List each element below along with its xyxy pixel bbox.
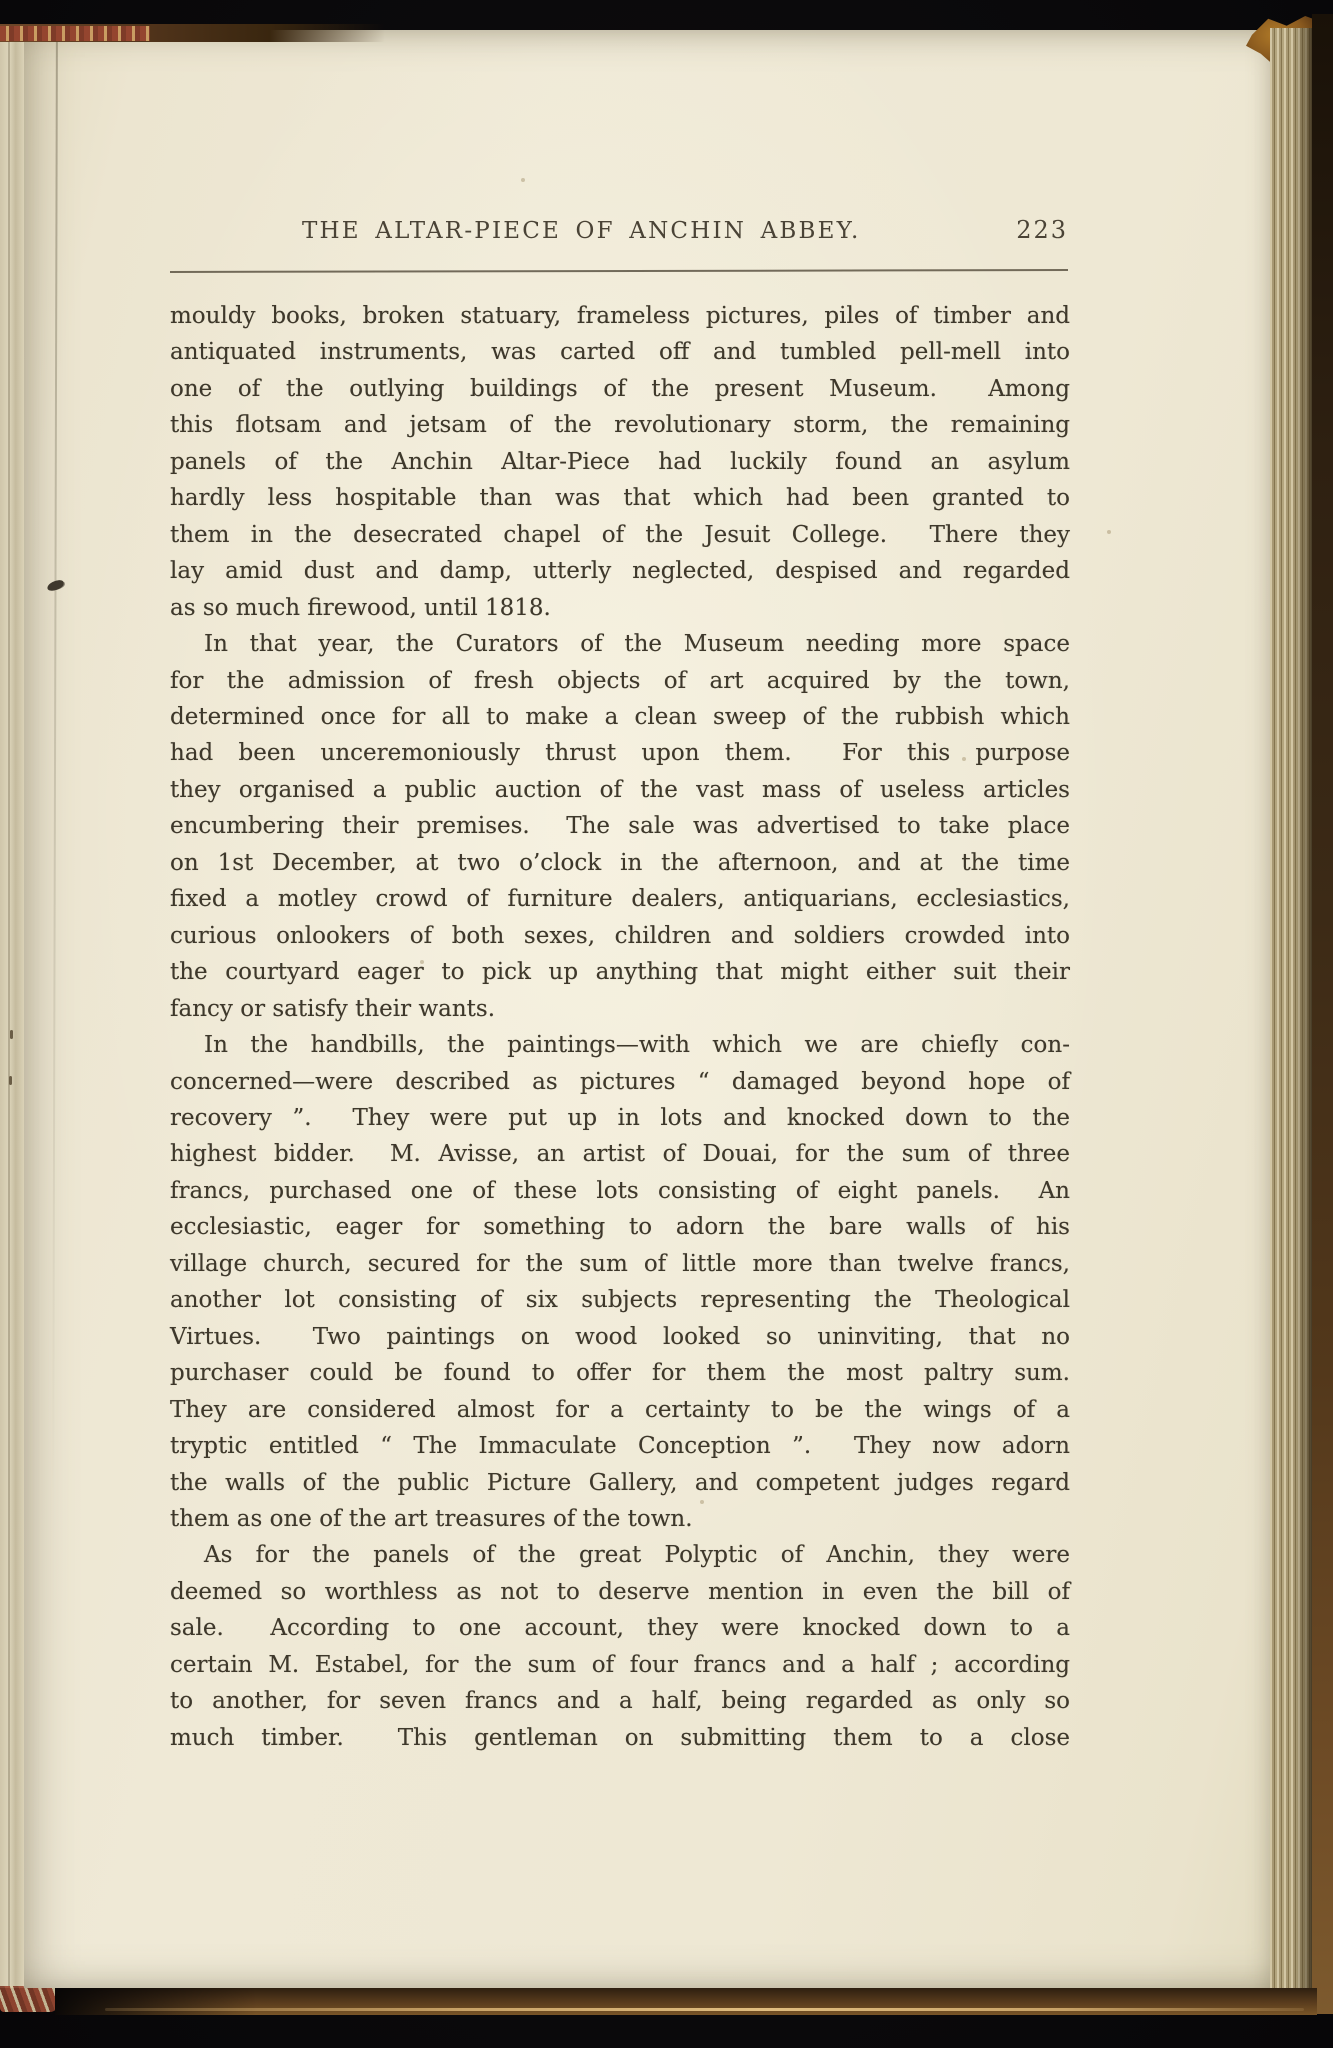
text-line: concerned—were described as pictures “ d… xyxy=(170,1064,1070,1100)
text-line: highest bidder. M. Avisse, an artist of … xyxy=(170,1136,1070,1172)
paragraph: mouldy books, broken statuary, frameless… xyxy=(170,298,1070,626)
ink-blemish xyxy=(46,579,65,592)
text-line: determined once for all to make a clean … xyxy=(170,699,1070,735)
text-line: one of the outlying buildings of the pre… xyxy=(170,371,1070,407)
text-line: on 1st December, at two o’clock in the a… xyxy=(170,845,1070,881)
text-line: tryptic entitled “ The Immaculate Concep… xyxy=(170,1428,1070,1464)
book-headband xyxy=(0,26,150,41)
edge-mark xyxy=(9,1076,12,1085)
text-line: as so much firewood, until 1818. xyxy=(170,590,1070,626)
text-line: village church, secured for the sum of l… xyxy=(170,1246,1070,1282)
text-line: deemed so worthless as not to deserve me… xyxy=(170,1574,1070,1610)
text-line: panels of the Anchin Altar-Piece had luc… xyxy=(170,444,1070,480)
text-line: antiquated instruments, was carted off a… xyxy=(170,334,1070,370)
text-line: certain M. Estabel, for the sum of four … xyxy=(170,1647,1070,1683)
text-line: encumbering their premises. The sale was… xyxy=(170,808,1070,844)
text-line: As for the panels of the great Polyptic … xyxy=(170,1537,1070,1573)
text-line: mouldy books, broken statuary, frameless… xyxy=(170,298,1070,334)
paper-speck xyxy=(700,1500,704,1504)
page-number: 223 xyxy=(1016,216,1068,244)
text-line: curious onlookers of both sexes, childre… xyxy=(170,918,1070,954)
text-line: recovery ”. They were put up in lots and… xyxy=(170,1100,1070,1136)
paragraph: As for the panels of the great Polyptic … xyxy=(170,1537,1070,1756)
text-line: them in the desecrated chapel of the Jes… xyxy=(170,517,1070,553)
paper-speck xyxy=(1107,530,1111,534)
text-line: for the admission of fresh objects of ar… xyxy=(170,663,1070,699)
text-line: purchaser could be found to offer for th… xyxy=(170,1355,1070,1391)
text-line: another lot consisting of six subjects r… xyxy=(170,1282,1070,1318)
page-fore-edge xyxy=(1270,28,1312,1990)
text-line: Virtues. Two paintings on wood looked so… xyxy=(170,1319,1070,1355)
text-line: fancy or satisfy their wants. xyxy=(170,991,1070,1027)
text-line: much timber. This gentleman on submittin… xyxy=(170,1720,1070,1756)
text-line: sale. According to one account, they wer… xyxy=(170,1610,1070,1646)
text-line: hardly less hospitable than was that whi… xyxy=(170,480,1070,516)
text-line: they organised a public auction of the v… xyxy=(170,772,1070,808)
book-page: THE ALTAR-PIECE OF ANCHIN ABBEY. 223 mou… xyxy=(24,30,1270,1988)
paragraph: In the handbills, the paintings—with whi… xyxy=(170,1027,1070,1537)
cover-bottom-edge xyxy=(55,1988,1317,2015)
paper-speck xyxy=(962,757,966,761)
header-divider-rule xyxy=(170,269,1068,273)
text-line: had been unceremoniously thrust upon the… xyxy=(170,735,1070,771)
text-line: ecclesiastic, eager for something to ado… xyxy=(170,1209,1070,1245)
paper-speck xyxy=(420,960,424,964)
body-text: mouldy books, broken statuary, frameless… xyxy=(170,298,1070,1756)
paper-speck xyxy=(280,1702,284,1706)
text-line: They are considered almost for a certain… xyxy=(170,1392,1070,1428)
book-tailband xyxy=(0,1986,58,2012)
text-line: the walls of the public Picture Gallery,… xyxy=(170,1465,1070,1501)
text-line: lay amid dust and damp, utterly neglecte… xyxy=(170,553,1070,589)
paragraph: In that year, the Curators of the Museum… xyxy=(170,626,1070,1027)
running-header-title: THE ALTAR-PIECE OF ANCHIN ABBEY. xyxy=(302,218,861,244)
text-line: the courtyard eager to pick up anything … xyxy=(170,954,1070,990)
cover-right-edge xyxy=(1312,14,1333,2014)
text-line: In that year, the Curators of the Museum… xyxy=(170,626,1070,662)
text-line: them as one of the art treasures of the … xyxy=(170,1501,1070,1537)
page-crease xyxy=(52,38,58,1498)
text-line: to another, for seven francs and a half,… xyxy=(170,1683,1070,1719)
text-line: In the handbills, the paintings—with whi… xyxy=(170,1027,1070,1063)
text-line: this flotsam and jetsam of the revolutio… xyxy=(170,407,1070,443)
left-page-edges xyxy=(0,40,26,1988)
text-line: fixed a motley crowd of furniture dealer… xyxy=(170,881,1070,917)
edge-mark xyxy=(10,1030,13,1039)
text-line: francs, purchased one of these lots cons… xyxy=(170,1173,1070,1209)
paper-speck xyxy=(521,178,525,182)
